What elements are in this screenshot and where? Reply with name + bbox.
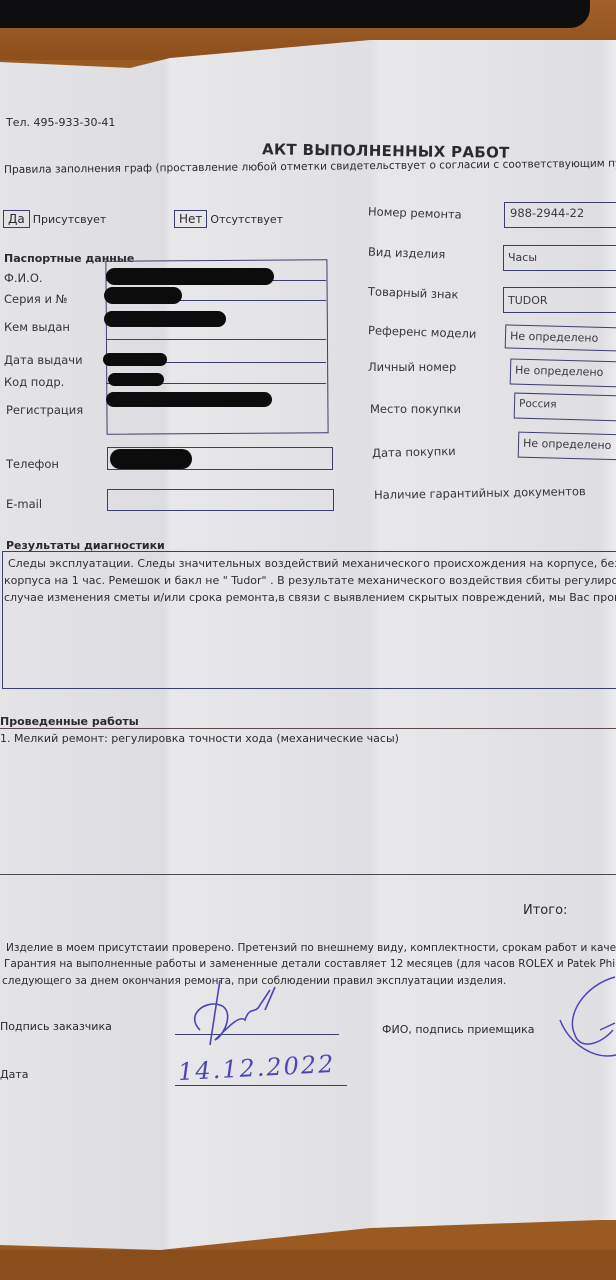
redacted-registration [106, 392, 272, 407]
field-serial-number: Не определено [510, 359, 616, 388]
yes-box: Да [3, 210, 30, 228]
no-box: Нет [174, 210, 207, 228]
field-purchase-date: Не определено [518, 432, 616, 461]
customer-signature [180, 975, 300, 1055]
field-model-reference: Не определено [505, 324, 616, 351]
label-email: E-mail [6, 497, 42, 511]
desk-background-bottom [0, 1250, 616, 1280]
label-serial-number: Личный номер [368, 360, 456, 374]
legend-yes: Да Присутсвует [3, 210, 106, 228]
works-divider [0, 728, 616, 729]
work-item: 1. Мелкий ремонт: регулировка точности х… [0, 732, 399, 745]
label-issued-by: Кем выдан [4, 320, 70, 334]
brand-value: TUDOR [505, 292, 551, 309]
acceptance-text: Изделие в моем присутстаии проверено. Пр… [6, 942, 616, 954]
diagnostics-line: Следы эксплуатации. Следы значительных в… [8, 555, 616, 572]
row-divider [106, 339, 326, 340]
redacted-series [104, 287, 182, 304]
field-brand: TUDOR [503, 287, 616, 313]
redacted-issued-by [104, 311, 226, 327]
label-purchase-date: Дата покупки [372, 444, 456, 460]
date-label: Дата [0, 1068, 28, 1081]
passport-table [105, 259, 328, 435]
label-fio: Ф.И.О. [4, 271, 43, 285]
receiver-label: ФИО, подпись приемщика [382, 1023, 535, 1036]
label-brand: Товарный знак [368, 284, 459, 301]
repair-number-value: 988-2944-22 [507, 204, 587, 222]
model-reference-value: Не определено [507, 327, 602, 346]
item-type-value: Часы [505, 249, 540, 266]
label-item-type: Вид изделия [368, 245, 446, 262]
redacted-fio [106, 268, 274, 285]
receiver-signature [555, 975, 616, 1065]
no-label: Отсутствует [210, 213, 283, 226]
field-item-type: Часы [503, 245, 616, 271]
document-sheet: Тел. 495-933-30-41 АКТ ВЫПОЛНЕННЫХ РАБОТ… [0, 40, 616, 1255]
redacted-division-code [108, 373, 164, 386]
phone-number: Тел. 495-933-30-41 [6, 116, 115, 129]
label-registration: Регистрация [6, 403, 83, 417]
works-heading: Проведенные работы [0, 715, 139, 728]
diagnostics-line: корпуса на 1 час. Ремешок и бакл не " Tu… [4, 572, 616, 589]
total-label: Итого: [523, 903, 567, 918]
laptop-edge [0, 0, 590, 28]
email-field [107, 489, 334, 511]
yes-label: Присутсвует [33, 213, 107, 226]
purchase-date-value: Не определено [520, 435, 615, 454]
diagnostics-line: случае изменения сметы и/или срока ремон… [4, 589, 616, 606]
works-bottom-divider [0, 874, 616, 875]
label-purchase-place: Место покупки [370, 402, 461, 416]
label-series: Серия и № [4, 292, 68, 306]
label-division-code: Код подр. [4, 375, 64, 389]
legend-no: Нет Отсутствует [174, 210, 283, 228]
handwritten-date: 14.12.2022 [177, 1050, 336, 1086]
redacted-phone [110, 449, 192, 469]
customer-signature-label: Подпись заказчика [0, 1020, 112, 1033]
field-repair-number: 988-2944-22 [504, 202, 616, 228]
label-model-reference: Референс модели [368, 323, 477, 341]
date-line [175, 1085, 347, 1086]
label-phone: Телефон [6, 457, 59, 471]
fill-rules: Правила заполнения граф (проставление лю… [4, 157, 616, 176]
warranty-text: Гарантия на выполненные работы и заменен… [4, 958, 616, 970]
label-issue-date: Дата выдачи [4, 353, 83, 367]
serial-number-value: Не определено [512, 362, 607, 381]
field-purchase-place: Россия [514, 393, 616, 422]
label-repair-number: Номер ремонта [368, 204, 462, 221]
label-warranty-docs: Наличие гарантийных документов [374, 484, 586, 502]
purchase-place-value: Россия [516, 396, 560, 413]
redacted-issue-date [103, 353, 167, 366]
